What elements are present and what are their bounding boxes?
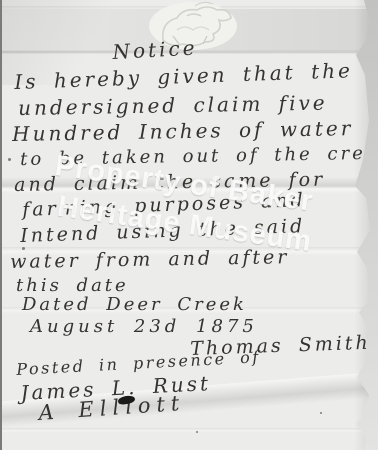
paper-speck [320,412,322,414]
handwritten-date: August 23d 1875 [30,318,258,336]
paper: Notice Is hereby given that the undersig… [0,0,378,450]
handwritten-line: water from and after [10,248,290,272]
handwritten-line: Intend using the said [20,217,306,246]
notice-heading: Notice [112,38,198,62]
handwritten-line: to be taken out of the creek [20,144,378,169]
handwritten-line: Hundred Inches of water [12,118,353,144]
handwritten-line: this date [16,277,129,295]
attestation-line: Posted in presence of [16,349,261,378]
paper-speck [196,431,198,433]
paper-speck [8,158,11,161]
paper-speck [22,247,25,250]
handwritten-line: undersigned claim five [18,93,328,118]
handwritten-dateline: Dated Deer Creek [22,296,247,314]
torn-edge-shadow [354,0,372,450]
fold-crease [0,428,378,433]
document-scan: Notice Is hereby given that the undersig… [0,0,378,450]
